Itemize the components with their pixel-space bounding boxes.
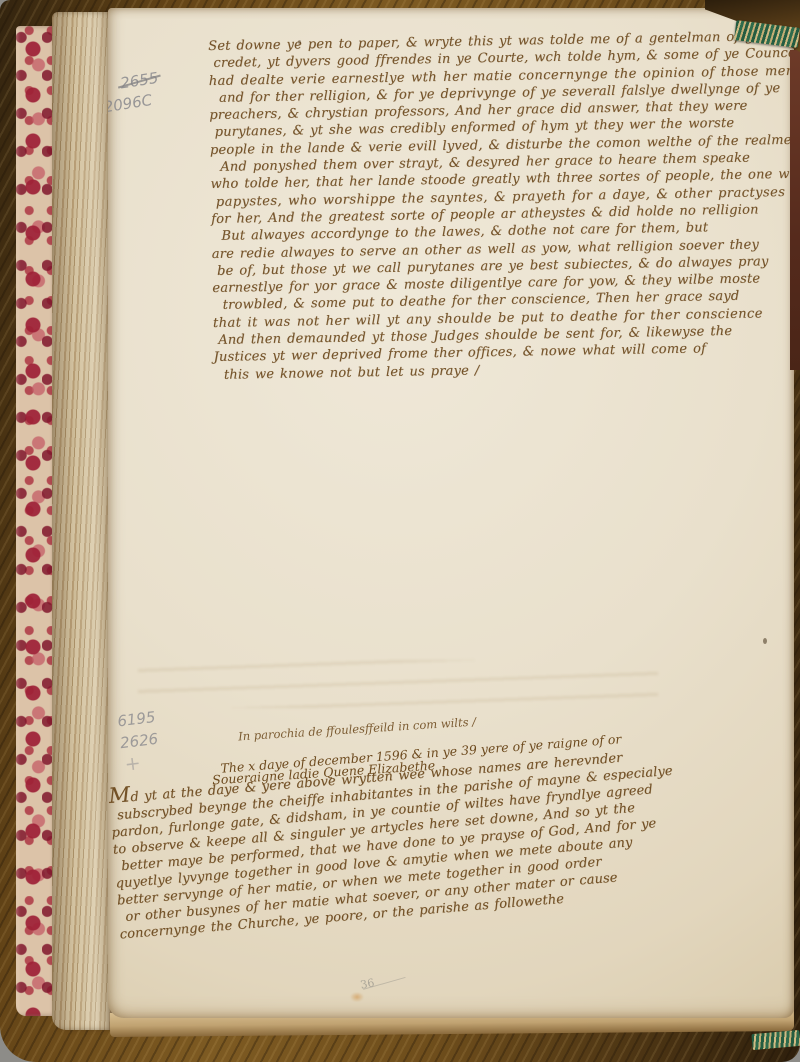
ink-fleck [763,638,767,644]
ink-showthrough [138,660,658,708]
pencil-faint-note: 36 [359,969,408,991]
pencil-number: 2096C [108,88,163,118]
ink-fleck [298,40,301,44]
section-heading-latin: In parochia de ffoulesffeild in com wilt… [238,715,477,744]
manuscript-photograph: 2655 2096C Set downe ye pen to paper, & … [0,0,800,1062]
binding-right-edge [790,50,800,370]
pencil-foliation-top: 2655 2096C [108,68,163,119]
pencil-squiggle [363,968,408,990]
agreement-text-block: Md yt at the daye & yere above wrytten w… [108,730,794,943]
pencil-cross-mark: + [123,750,162,776]
page-edges-stack [52,12,114,1030]
pencil-foliation-mid: 6195 2626 + [116,706,162,776]
main-text-block: Set downe ye pen to paper, & wryte this … [208,28,794,384]
manuscript-page: 2655 2096C Set downe ye pen to paper, & … [108,8,794,1018]
foxing-stain [350,992,364,1002]
